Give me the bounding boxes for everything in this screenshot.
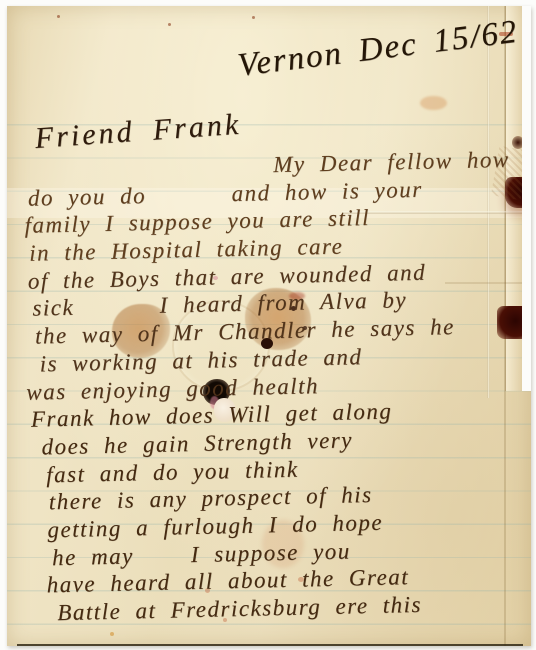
orange-smudge (420, 96, 447, 110)
paper-fleck (168, 23, 171, 26)
background-notch (522, 6, 531, 391)
letter-line: in the Hospital taking care (17, 230, 522, 269)
paper-fleck (57, 15, 60, 18)
letter-line: have heard all about the Great (24, 562, 529, 601)
letter-line: sick I heard from Alva by (18, 285, 523, 324)
letter-dateline: Vernon Dec 15/62 (236, 14, 521, 85)
letter-line: the way of Mr Chandler he says he (19, 313, 524, 352)
letter-line: is working at his trade and (19, 340, 524, 379)
letter-line: getting a furlough I do hope (23, 506, 528, 545)
letter-line: Battle at Fredricksburg ere this (25, 589, 530, 628)
letter-paper: Vernon Dec 15/62 Friend Frank My Dear fe… (7, 6, 531, 646)
letter-salutation: Friend Frank (34, 108, 242, 156)
letter-line: do you do and how is your (16, 174, 521, 213)
letter-line: family I suppose you are still (16, 202, 521, 241)
letter-line: My Dear fellow how (15, 147, 520, 186)
letter-line: does he gain Strength very (21, 423, 526, 462)
paper-fleck (252, 16, 255, 19)
letter-body: My Dear fellow how do you do and how is … (15, 147, 531, 629)
letter-line: was enjoying good health (20, 368, 525, 407)
letter-line: there is any prospect of his (23, 479, 528, 518)
scan-edge-shadow (17, 644, 523, 646)
letter-scan: Vernon Dec 15/62 Friend Frank My Dear fe… (0, 0, 536, 650)
letter-line: he may I suppose you (24, 534, 529, 573)
rust-dot (110, 632, 114, 636)
letter-line: fast and do you think (22, 451, 527, 490)
letter-line: of the Boys that are wounded and (18, 257, 523, 296)
letter-line: Frank how does Will get along (21, 396, 526, 435)
